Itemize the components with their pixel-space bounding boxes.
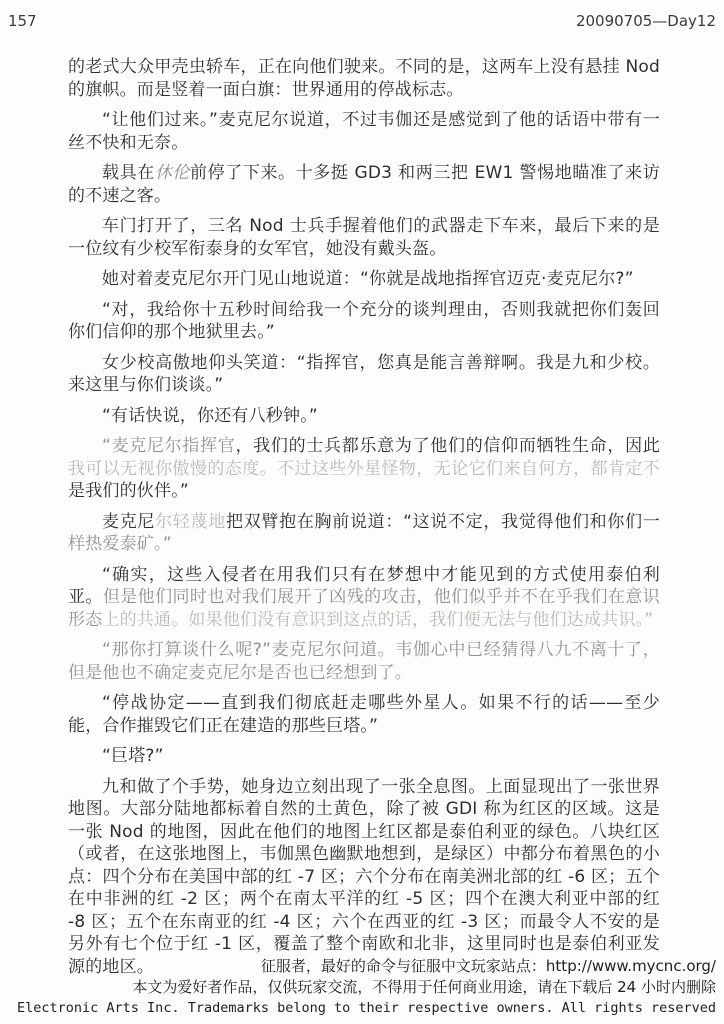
header-date: 20090705—Day12 <box>576 12 716 30</box>
text-segment: “那你打算谈什么呢?”麦克尼尔问道。韦伽心中已经猜得八九不离十了，但是他也不确定… <box>68 640 660 683</box>
text-segment: 样热爱泰矿。” <box>68 534 172 554</box>
paragraph: 女少校高傲地仰头笑道：“指挥官，您真是能言善辩啊。我是九和少校。来这里与你们谈谈… <box>68 352 660 397</box>
text-segment: 把双臂抱在胸前说道：“这说不定，我觉得他们和你们一 <box>226 512 660 532</box>
text-segment: 我可以无视你傲慢的态度。不过这些外星怪物，无论它们来自何方，都肯定不 <box>68 459 660 479</box>
document-page: 157 20090705—Day12 的老式大众甲壳虫轿车，正在向他们驶来。不同… <box>0 0 724 1024</box>
text-segment: 尔轻蔑地 <box>155 512 226 532</box>
text-segment: 她对着麦克尼尔开门见山地说道：“你就是战地指挥官迈克·麦克尼尔?” <box>102 269 634 289</box>
footer-copyright-line: Electronic Arts Inc. Trademarks belong t… <box>8 998 716 1018</box>
page-number: 157 <box>8 12 37 30</box>
text-segment: “让他们过来。”麦克尼尔说道，不过韦伽还是感觉到了他的话语中带有一丝不快和无奈。 <box>68 110 660 153</box>
page-footer: 征服者，最好的命令与征服中文玩家站点：http://www.mycnc.org/… <box>8 956 716 1018</box>
text-segment: “巨塔?” <box>102 746 164 766</box>
paragraph: “那你打算谈什么呢?”麦克尼尔问道。韦伽心中已经猜得八九不离十了，但是他也不确定… <box>68 639 660 684</box>
text-segment: 的老式大众甲壳虫轿车，正在向他们驶来。不同的是，这两车上没有悬挂 Nod 的旗帜… <box>68 57 660 100</box>
text-segment: 女少校高傲地仰头笑道：“指挥官，您真是能言善辩啊。我是九和少校。来这里与你们谈谈… <box>68 353 660 396</box>
text-segment: 是我们的伙伴。” <box>68 481 189 501</box>
paragraph: “有话快说，你还有八秒钟。” <box>68 405 660 428</box>
footer-disclaimer-line: 本文为爱好者作品，仅供玩家交流，不得用于任何商业用途，请在下载后 24 小时内删… <box>8 977 716 998</box>
paragraph: 的老式大众甲壳虫轿车，正在向他们驶来。不同的是，这两车上没有悬挂 Nod 的旗帜… <box>68 56 660 101</box>
paragraph: 载具在休伦前停了下来。十多挺 GD3 和两三把 EW1 警惕地瞄准了来访的不速之… <box>68 162 660 207</box>
body-text: 的老式大众甲壳虫轿车，正在向他们驶来。不同的是，这两车上没有悬挂 Nod 的旗帜… <box>68 56 660 986</box>
paragraph: “确实，这些入侵者在用我们只有在梦想中才能见到的方式使用泰伯利亚。但是他们同时也… <box>68 564 660 632</box>
paragraph: 九和做了个手势，她身边立刻出现了一张全息图。上面显现出了一张世界地图。大部分陆地… <box>68 776 660 979</box>
text-segment: “停战协定——直到我们彻底赶走哪些外星人。如果不行的话——至少能，合作摧毁它们正… <box>68 693 660 736</box>
text-segment: 休伦 <box>155 163 190 183</box>
text-segment: ，我们的士兵都乐意为了他们的信仰而牺牲生命，因此 <box>235 436 660 456</box>
paragraph: 她对着麦克尼尔开门见山地说道：“你就是战地指挥官迈克·麦克尼尔?” <box>68 268 660 291</box>
text-segment: 上的共通。如果他们没有意识到这点的话，我们便无法与他们达成共识。” <box>102 610 653 630</box>
paragraph: 车门打开了，三名 Nod 士兵手握着他们的武器走下车来，最后下来的是一位纹有少校… <box>68 215 660 260</box>
paragraph: “巨塔?” <box>68 745 660 768</box>
paragraph: “麦克尼尔指挥官，我们的士兵都乐意为了他们的信仰而牺牲生命，因此我可以无视你傲慢… <box>68 435 660 503</box>
text-segment: “有话快说，你还有八秒钟。” <box>102 406 318 426</box>
paragraph: “让他们过来。”麦克尼尔说道，不过韦伽还是感觉到了他的话语中带有一丝不快和无奈。 <box>68 109 660 154</box>
text-segment: “对，我给你十五秒时间给我一个充分的谈判理由，否则我就把你们轰回你们信仰的那个地… <box>68 300 660 343</box>
paragraph: “停战协定——直到我们彻底赶走哪些外星人。如果不行的话——至少能，合作摧毁它们正… <box>68 692 660 737</box>
text-segment: 麦克尼 <box>102 512 155 532</box>
footer-site-line: 征服者，最好的命令与征服中文玩家站点：http://www.mycnc.org/ <box>8 956 716 977</box>
paragraph: “对，我给你十五秒时间给我一个充分的谈判理由，否则我就把你们轰回你们信仰的那个地… <box>68 299 660 344</box>
text-segment: 载具在 <box>102 163 155 183</box>
text-segment: “麦克尼尔指挥官 <box>102 436 235 456</box>
text-segment: 九和做了个手势，她身边立刻出现了一张全息图。上面显现出了一张世界地图。大部分陆地… <box>68 777 660 977</box>
paragraph: 麦克尼尔轻蔑地把双臂抱在胸前说道：“这说不定，我觉得他们和你们一样热爱泰矿。” <box>68 511 660 556</box>
text-segment: 车门打开了，三名 Nod 士兵手握着他们的武器走下车来，最后下来的是一位纹有少校… <box>68 216 660 259</box>
